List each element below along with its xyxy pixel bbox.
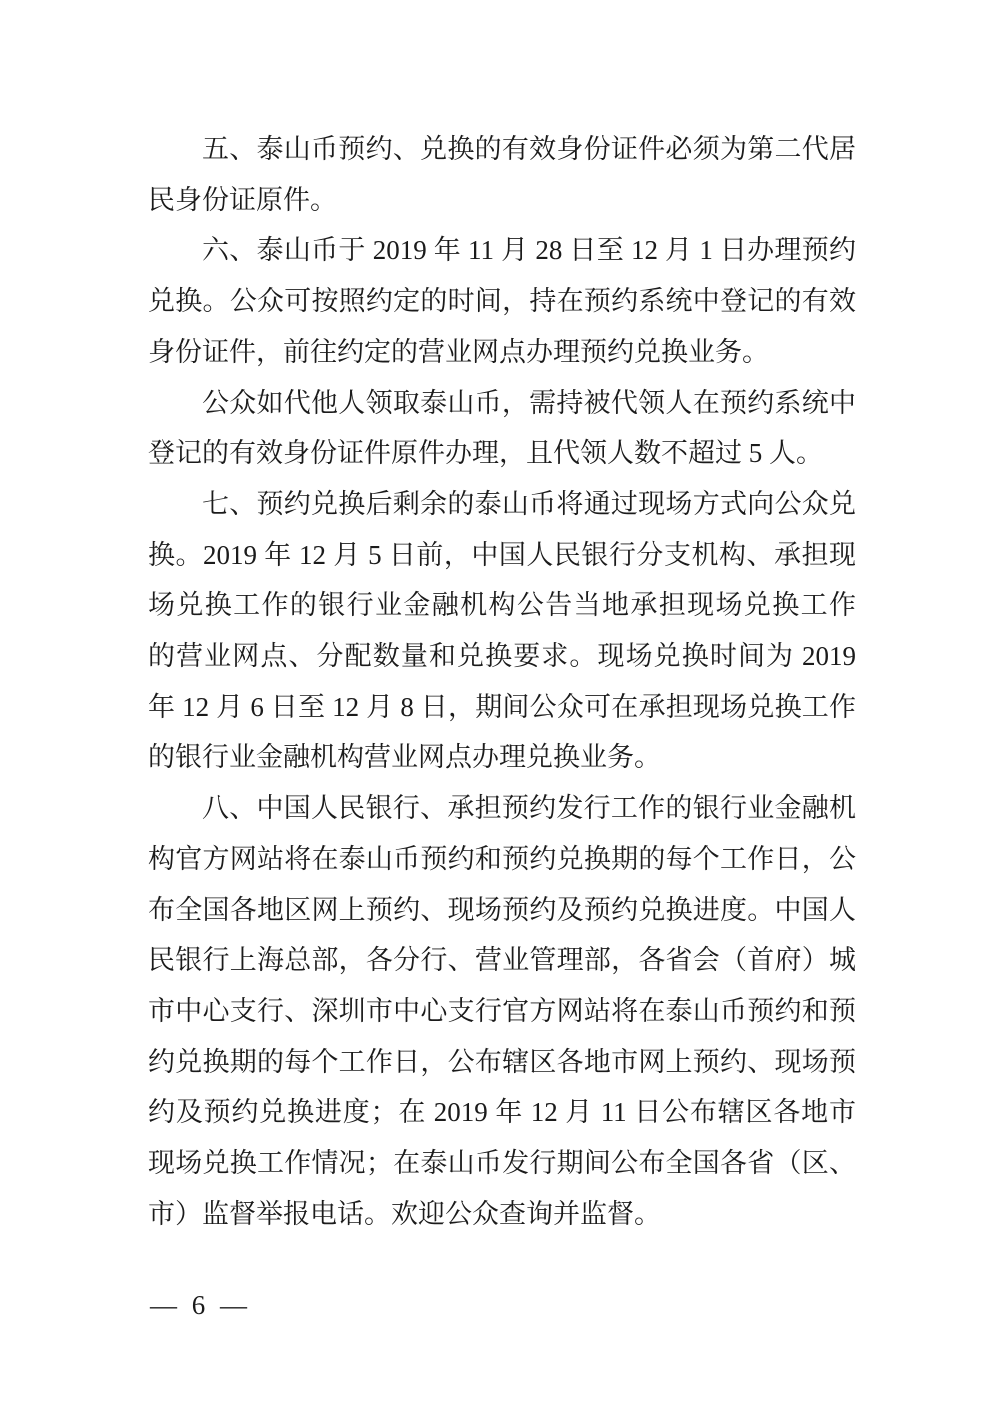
text-line: 年 12 月 6 日至 12 月 8 日，期间公众可在承担现场兑换工作 xyxy=(148,682,856,733)
text-line: 七、预约兑换后剩余的泰山币将通过现场方式向公众兑 xyxy=(148,479,856,530)
text-line: 登记的有效身份证件原件办理，且代领人数不超过 5 人。 xyxy=(148,428,856,479)
text-line: 构官方网站将在泰山币预约和预约兑换期的每个工作日，公 xyxy=(148,834,856,885)
text-line: 身份证件，前往约定的营业网点办理预约兑换业务。 xyxy=(148,327,856,378)
text-line: 换。2019 年 12 月 5 日前，中国人民银行分支机构、承担现 xyxy=(148,530,856,581)
text-line: 民身份证原件。 xyxy=(148,175,856,226)
document-page: 五、泰山币预约、兑换的有效身份证件必须为第二代居 民身份证原件。 六、泰山币于 … xyxy=(0,0,1000,1414)
text-line: 六、泰山币于 2019 年 11 月 28 日至 12 月 1 日办理预约 xyxy=(148,225,856,276)
text-line: 八、中国人民银行、承担预约发行工作的银行业金融机 xyxy=(148,783,856,834)
text-line: 公众如代他人领取泰山币，需持被代领人在预约系统中 xyxy=(148,378,856,429)
text-line: 五、泰山币预约、兑换的有效身份证件必须为第二代居 xyxy=(148,124,856,175)
page-number: — 6 — xyxy=(150,1290,251,1321)
text-line: 民银行上海总部，各分行、营业管理部，各省会（首府）城 xyxy=(148,935,856,986)
text-line: 的营业网点、分配数量和兑换要求。现场兑换时间为 2019 xyxy=(148,631,856,682)
text-line: 市中心支行、深圳市中心支行官方网站将在泰山币预约和预 xyxy=(148,986,856,1037)
text-line: 场兑换工作的银行业金融机构公告当地承担现场兑换工作 xyxy=(148,580,856,631)
paragraph-8: 八、中国人民银行、承担预约发行工作的银行业金融机 构官方网站将在泰山币预约和预约… xyxy=(148,783,856,1239)
paragraph-6: 六、泰山币于 2019 年 11 月 28 日至 12 月 1 日办理预约 兑换… xyxy=(148,225,856,377)
paragraph-7: 七、预约兑换后剩余的泰山币将通过现场方式向公众兑 换。2019 年 12 月 5… xyxy=(148,479,856,783)
paragraph-proxy-collection: 公众如代他人领取泰山币，需持被代领人在预约系统中 登记的有效身份证件原件办理，且… xyxy=(148,378,856,479)
text-line: 的银行业金融机构营业网点办理兑换业务。 xyxy=(148,732,856,783)
text-line: 约及预约兑换进度；在 2019 年 12 月 11 日公布辖区各地市 xyxy=(148,1087,856,1138)
text-line: 市）监督举报电话。欢迎公众查询并监督。 xyxy=(148,1189,856,1240)
paragraph-5: 五、泰山币预约、兑换的有效身份证件必须为第二代居 民身份证原件。 xyxy=(148,124,856,225)
text-line: 布全国各地区网上预约、现场预约及预约兑换进度。中国人 xyxy=(148,885,856,936)
text-line: 兑换。公众可按照约定的时间，持在预约系统中登记的有效 xyxy=(148,276,856,327)
document-body: 五、泰山币预约、兑换的有效身份证件必须为第二代居 民身份证原件。 六、泰山币于 … xyxy=(148,124,856,1239)
text-line: 约兑换期的每个工作日，公布辖区各地市网上预约、现场预 xyxy=(148,1037,856,1088)
text-line: 现场兑换工作情况；在泰山币发行期间公布全国各省（区、 xyxy=(148,1138,856,1189)
